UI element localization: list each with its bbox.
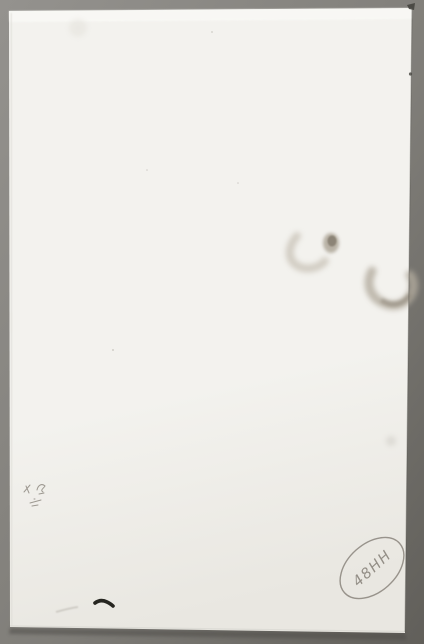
dust-speck [211,31,213,33]
dust-speck [237,182,239,184]
paper-left-edge-shade [11,13,12,626]
photo-verso-scan: 48HH [0,0,424,644]
photo-verso-canvas: 48HH [0,0,424,644]
dust-speck [146,169,148,171]
smudge-upper-core [328,236,337,247]
faint-smudge-top-left [69,19,87,37]
faint-smudge-right [386,436,396,446]
paper-sheet [9,8,412,633]
dust-speck [112,349,114,351]
